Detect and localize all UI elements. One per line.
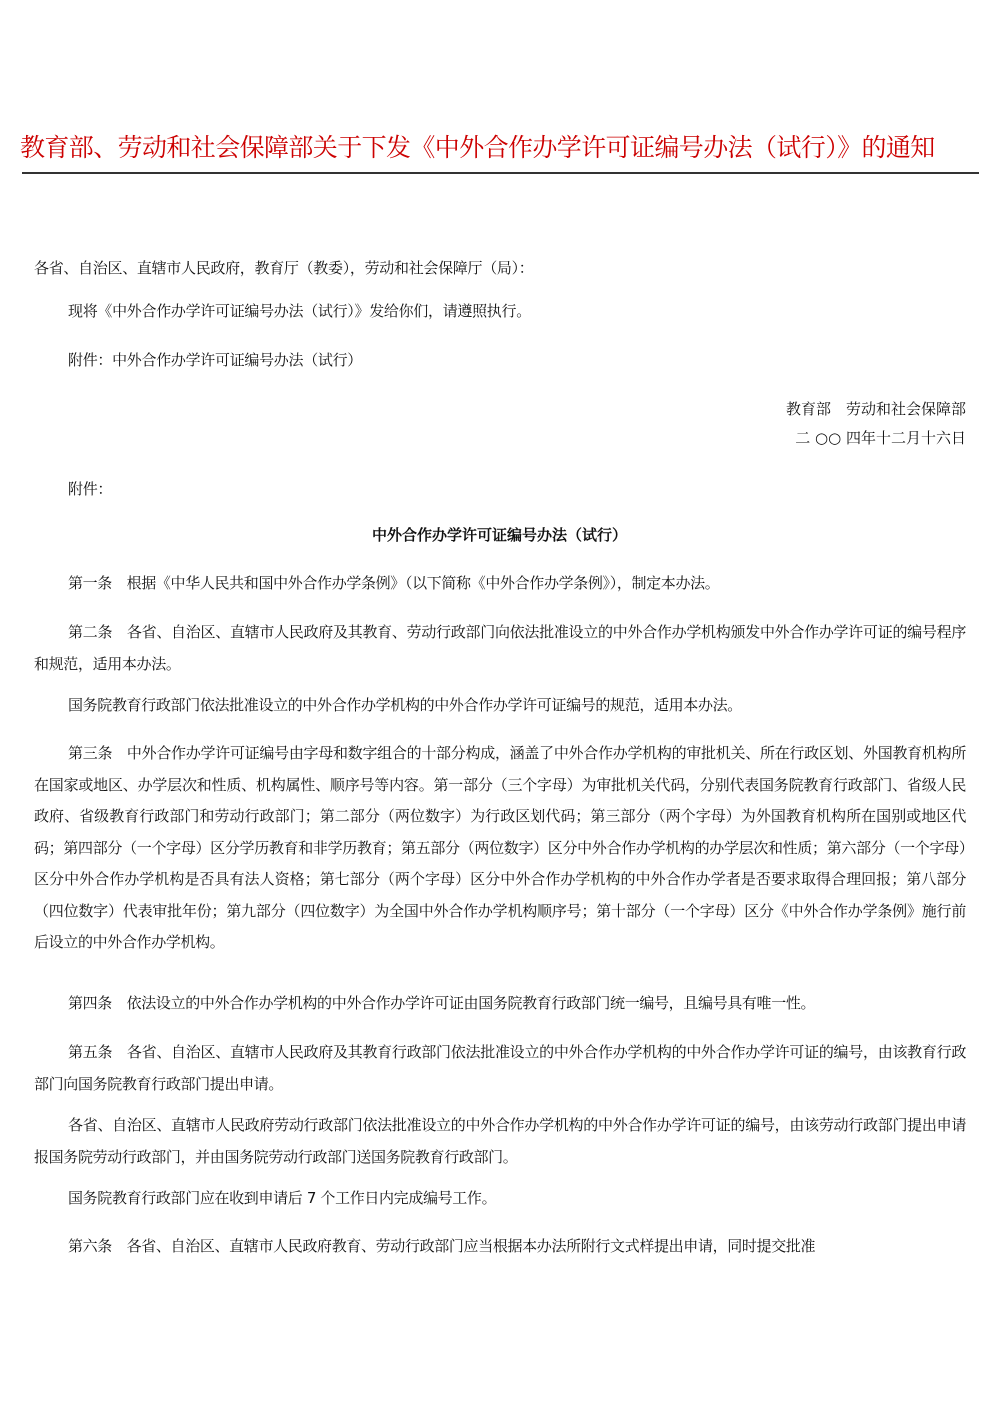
article-3: 第三条 中外合作办学许可证编号由字母和数字组合的十部分构成，涵盖了中外合作办学机…	[34, 738, 966, 959]
article-5-clause-3: 国务院教育行政部门应在收到申请后 7 个工作日内完成编号工作。	[34, 1183, 966, 1215]
article-2-clause: 国务院教育行政部门依法批准设立的中外合作办学机构的中外合作办学许可证编号的规范，…	[34, 690, 966, 722]
article-1: 第一条 根据《中华人民共和国中外合作办学条例》（以下简称《中外合作办学条例》），…	[34, 568, 966, 600]
article-2: 第二条 各省、自治区、直辖市人民政府及其教育、劳动行政部门向依法批准设立的中外合…	[34, 617, 966, 680]
notice-body: 现将《中外合作办学许可证编号办法（试行）》发给你们，请遵照执行。	[68, 301, 531, 321]
title-divider	[22, 172, 979, 174]
document-title: 教育部、劳动和社会保障部关于下发《中外合作办学许可证编号办法（试行）》的通知	[20, 131, 980, 165]
article-5-clause-2: 各省、自治区、直辖市人民政府劳动行政部门依法批准设立的中外合作办学机构的中外合作…	[34, 1110, 966, 1173]
issue-date: 二 ○○ 四年十二月十六日	[795, 428, 966, 448]
annex-title: 中外合作办学许可证编号办法（试行）	[0, 525, 999, 545]
article-4: 第四条 依法设立的中外合作办学机构的中外合作办学许可证由国务院教育行政部门统一编…	[34, 988, 966, 1020]
salutation: 各省、自治区、直辖市人民政府，教育厅（教委），劳动和社会保障厅（局）：	[34, 258, 534, 278]
signatories: 教育部 劳动和社会保障部	[786, 399, 966, 419]
attachment-line: 附件：中外合作办学许可证编号办法（试行）	[68, 350, 362, 370]
attachment-label: 附件：	[68, 479, 112, 499]
article-6: 第六条 各省、自治区、直辖市人民政府教育、劳动行政部门应当根据本办法所附行文式样…	[34, 1231, 966, 1263]
article-5: 第五条 各省、自治区、直辖市人民政府及其教育行政部门依法批准设立的中外合作办学机…	[34, 1037, 966, 1100]
